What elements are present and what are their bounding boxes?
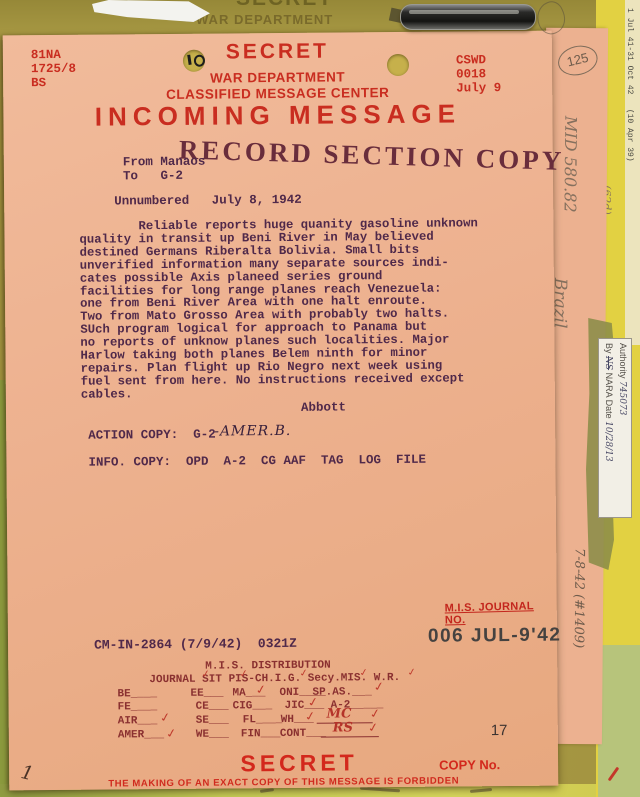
cream-paper-edge: 1 Jul 41-31 Oct 42 (10 Apr 39): [625, 0, 640, 345]
dist-cell: FL____: [243, 714, 283, 726]
green-paper-corner: [598, 645, 640, 797]
binder-clip: [400, 4, 536, 30]
authority-label: Authority: [618, 343, 628, 379]
dist-cell: CE___: [196, 700, 229, 712]
distribution-title: M.I.S. DISTRIBUTION: [205, 660, 331, 673]
underline: [321, 736, 379, 738]
dist-cell: SE___: [196, 714, 229, 726]
doc-type-title: INCOMING MESSAGE: [3, 98, 552, 134]
typed-date-note: (10 Apr 39): [625, 109, 634, 162]
check-mark: ✓: [366, 720, 380, 735]
dist-cell: AIR___: [118, 715, 158, 727]
dist-cell: AMER___: [118, 729, 164, 741]
document-scan: SECRET WAR DEPARTMENT 1 Jul 41-31 Oct 42…: [0, 0, 640, 797]
incoming-message-page: 81NA 1725/8 BS SECRET WAR DEPARTMENT CLA…: [3, 31, 559, 791]
record-section-copy-stamp: RECORD SECTION COPY: [178, 134, 564, 176]
declassification-label: Authority 745073 By NS NARA Date 10/28/1…: [598, 338, 632, 518]
handwritten-rs: RS: [333, 720, 353, 735]
by-initials: NS: [603, 356, 613, 370]
dist-cell: SP.AS.___: [312, 686, 372, 699]
action-copy-line: ACTION COPY: G-2: [88, 428, 216, 443]
nara-date-value: 10/28/13: [603, 421, 613, 461]
nara-date-label: NARA Date: [604, 373, 614, 419]
signature: Abbott: [301, 400, 346, 414]
dist-cell: FIN___: [241, 728, 281, 740]
dist-cell: EE___: [190, 688, 223, 700]
check-mark: ✓: [158, 710, 172, 725]
cswd-number: 0018: [456, 67, 486, 81]
dist-cell: CONT___: [280, 728, 326, 740]
by-label: By: [604, 343, 614, 354]
typed-date-range: 1 Jul 41-31 Oct 42: [625, 8, 634, 94]
copy-number-value: 17: [491, 722, 508, 739]
cswd-label: CSWD: [456, 53, 486, 67]
dist-cell: FE____: [118, 701, 158, 713]
from-line: From Manaos: [123, 155, 206, 170]
action-copy-handwritten: -AMER.B.: [214, 423, 291, 440]
date-journal-note: 7-8-42 (#1409): [570, 548, 587, 758]
check-mark: ✓: [406, 667, 418, 679]
to-line: To G-2: [123, 169, 183, 184]
cm-in-line: CM-IN-2864 (7/9/42) 0321Z: [94, 636, 297, 653]
mis-journal-no-stamp: M.I.S. JOURNAL NO.: [444, 600, 557, 627]
dist-cell: BE____: [117, 688, 157, 700]
date-received-label: July 9: [456, 81, 501, 95]
message-body: Reliable reports huge quanity gasoline u…: [79, 217, 479, 401]
folder-war-department-label: WAR DEPARTMENT: [196, 12, 333, 27]
handwritten-mc: MC: [327, 706, 352, 721]
folder-secret-label: SECRET: [236, 0, 333, 11]
copy-no-label: COPY No.: [439, 757, 500, 773]
check-mark: ✓: [164, 726, 178, 741]
authority-value: 745073: [617, 381, 627, 415]
dist-cell: CIG___: [233, 700, 273, 712]
info-copy-line: INFO. COPY: OPD A-2 CG AAF TAG LOG FILE: [88, 453, 426, 470]
date-received-stamp: 006 JUL-9'42: [428, 625, 562, 648]
punch-hole-center: [387, 54, 409, 76]
circled-number: 125: [555, 42, 601, 80]
number-date-line: Unnumbered July 8, 1942: [114, 193, 302, 209]
dist-cell: WE___: [196, 728, 229, 740]
classification-bottom: SECRET: [169, 749, 429, 778]
punch-hole-left: [183, 50, 205, 72]
